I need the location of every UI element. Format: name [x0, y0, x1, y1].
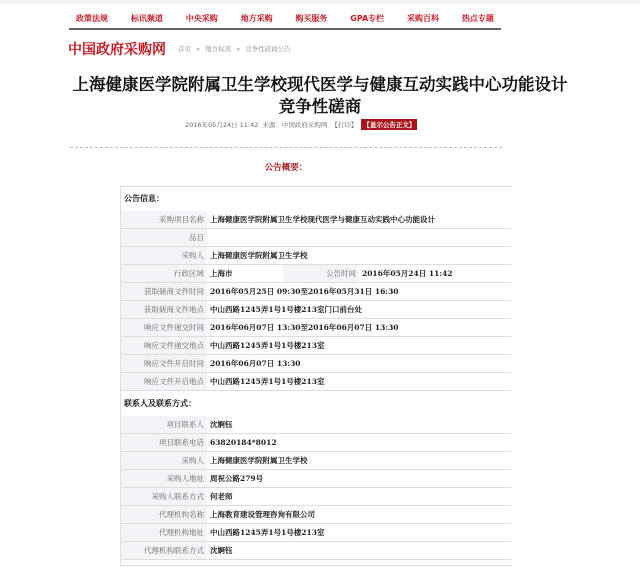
show-full-text-button[interactable]: 【显示公告正文】 [361, 119, 417, 130]
publish-date: 2016年05月24日 11:42 [185, 120, 258, 129]
row-label: 项目联系电话 [121, 434, 207, 452]
row-label: 代理机构联系方式 [121, 542, 207, 560]
nav-policy[interactable]: 政策法规 [70, 13, 114, 24]
table-row: 代理机构联系方式沈婀钰 [121, 542, 511, 560]
row-value: 中山西路1245弄1号1号楼213室 [207, 373, 511, 391]
row-label: 响应文件递交时间 [121, 319, 207, 337]
table-row: 采购人上海健康医学院附属卫生学校 [121, 452, 511, 470]
table-row: 采购人联系方式何老师 [121, 488, 511, 506]
row-value: 上海健康医学院附属卫生学校现代医学与健康互动实践中心功能设计 [207, 211, 511, 229]
article-title: 上海健康医学院附属卫生学校现代医学与健康互动实践中心功能设计竞争性磋商 [70, 74, 570, 118]
row-label: 获取磋商文件地点 [121, 301, 207, 319]
nav-divider [69, 28, 501, 30]
breadcrumb-current[interactable]: 竞争性磋商公告 [245, 45, 291, 53]
row-value: 2016年06月07日 13:30至2016年06月07日 13:30 [207, 319, 511, 337]
row-value: 2016年05月24日 11:42 [359, 265, 511, 283]
breadcrumb-sep: » [196, 45, 200, 53]
table-row: 采购人上海健康医学院附属卫生学校 [121, 247, 511, 265]
row-value: 沈婀钰 [207, 542, 511, 560]
row-label: 项目联系人 [121, 416, 207, 434]
row-value: 上海健康医学院附属卫生学校 [207, 452, 511, 470]
table-row: 获取磋商文件时间2016年05月25日 09:30至2016年05月31日 16… [121, 283, 511, 301]
row-label: 采购人 [121, 452, 207, 470]
table-row: 项目联系人沈婀钰 [121, 416, 511, 434]
row-value: 沈婀钰 [207, 416, 511, 434]
row-label: 代理机构地址 [121, 524, 207, 542]
table-row: 代理机构地址中山西路1245弄1号1号楼213室 [121, 524, 511, 542]
source: 来源：中国政府采购网 [262, 120, 327, 129]
row-value: 中山西路1245弄1号1号楼213室门口前台处 [207, 301, 511, 319]
nav-gpa[interactable]: GPA专栏 [344, 13, 390, 24]
row-label: 响应文件开启地点 [121, 373, 207, 391]
row-label: 品目 [121, 229, 207, 247]
dotted-divider [70, 147, 502, 148]
row-value: 何老师 [207, 488, 511, 506]
breadcrumb-local[interactable]: 地方标讯 [205, 45, 231, 53]
table-row: 项目联系电话63820184*8012 [121, 434, 511, 452]
row-value: 周祝公路279号 [207, 470, 511, 488]
section-info-title: 公告信息： [121, 186, 511, 211]
summary-heading: 公告概要： [0, 161, 572, 173]
row-value: 2016年06月07日 13:30 [207, 355, 511, 373]
row-label: 行政区域 [121, 265, 207, 283]
table-row: 采购人地址周祝公路279号 [121, 470, 511, 488]
row-label: 采购人联系方式 [121, 488, 207, 506]
table-row: 获取磋商文件地点中山西路1245弄1号1号楼213室门口前台处 [121, 301, 511, 319]
breadcrumb: 首页 » 地方标讯 » 竞争性磋商公告 [178, 44, 294, 53]
table-row: 代理机构名称上海教育建设管理咨询有限公司 [121, 506, 511, 524]
nav-encyclopedia[interactable]: 采购百科 [401, 13, 445, 24]
table-row: 响应文件开启时间2016年06月07日 13:30 [121, 355, 511, 373]
table-row: 响应文件递交地点中山西路1245弄1号1号楼213室 [121, 337, 511, 355]
row-label: 公告时间 [283, 265, 359, 283]
table-row: 响应文件开启地点中山西路1245弄1号1号楼213室 [121, 373, 511, 391]
summary-table: 公告信息： 采购项目名称上海健康医学院附属卫生学校现代医学与健康互动实践中心功能… [121, 186, 511, 560]
table-row: 行政区域上海市公告时间2016年05月24日 11:42 [121, 265, 511, 283]
article-meta: 2016年05月24日 11:42 来源：中国政府采购网 【打印】 【显示公告正… [185, 119, 417, 130]
print-link[interactable]: 【打印】 [331, 120, 357, 129]
row-label: 获取磋商文件时间 [121, 283, 207, 301]
row-label: 代理机构名称 [121, 506, 207, 524]
row-label: 采购人地址 [121, 470, 207, 488]
row-value: 2016年05月25日 09:30至2016年05月31日 16:30 [207, 283, 511, 301]
breadcrumb-home[interactable]: 首页 [178, 45, 191, 53]
row-label: 响应文件递交地点 [121, 337, 207, 355]
table-row: 采购项目名称上海健康医学院附属卫生学校现代医学与健康互动实践中心功能设计 [121, 211, 511, 229]
breadcrumb-sep: » [236, 45, 240, 53]
top-strip [0, 0, 640, 4]
row-value: 上海教育建设管理咨询有限公司 [207, 506, 511, 524]
row-label: 响应文件开启时间 [121, 355, 207, 373]
row-value: 中山西路1245弄1号1号楼213室 [207, 524, 511, 542]
row-value: 上海健康医学院附属卫生学校 [207, 247, 511, 265]
nav-hot-topics[interactable]: 热点专题 [456, 13, 500, 24]
row-value: 上海市 [207, 265, 283, 283]
table-row: 品目 [121, 229, 511, 247]
nav-local[interactable]: 地方采购 [235, 13, 279, 24]
row-label: 采购项目名称 [121, 211, 207, 229]
nav-central[interactable]: 中央采购 [180, 13, 224, 24]
row-value [207, 229, 511, 247]
row-value: 中山西路1245弄1号1号楼213室 [207, 337, 511, 355]
nav-tenders[interactable]: 标讯频道 [125, 13, 169, 24]
row-label: 采购人 [121, 247, 207, 265]
table-row: 响应文件递交时间2016年06月07日 13:30至2016年06月07日 13… [121, 319, 511, 337]
site-logo[interactable]: 中国政府采购网 [68, 39, 166, 59]
row-value: 63820184*8012 [207, 434, 511, 452]
section-contact-title: 联系人及联系方式： [121, 391, 511, 417]
main-nav: 政策法规 标讯频道 中央采购 地方采购 购买服务 GPA专栏 采购百科 热点专题 [70, 8, 500, 28]
nav-services[interactable]: 购买服务 [289, 13, 333, 24]
